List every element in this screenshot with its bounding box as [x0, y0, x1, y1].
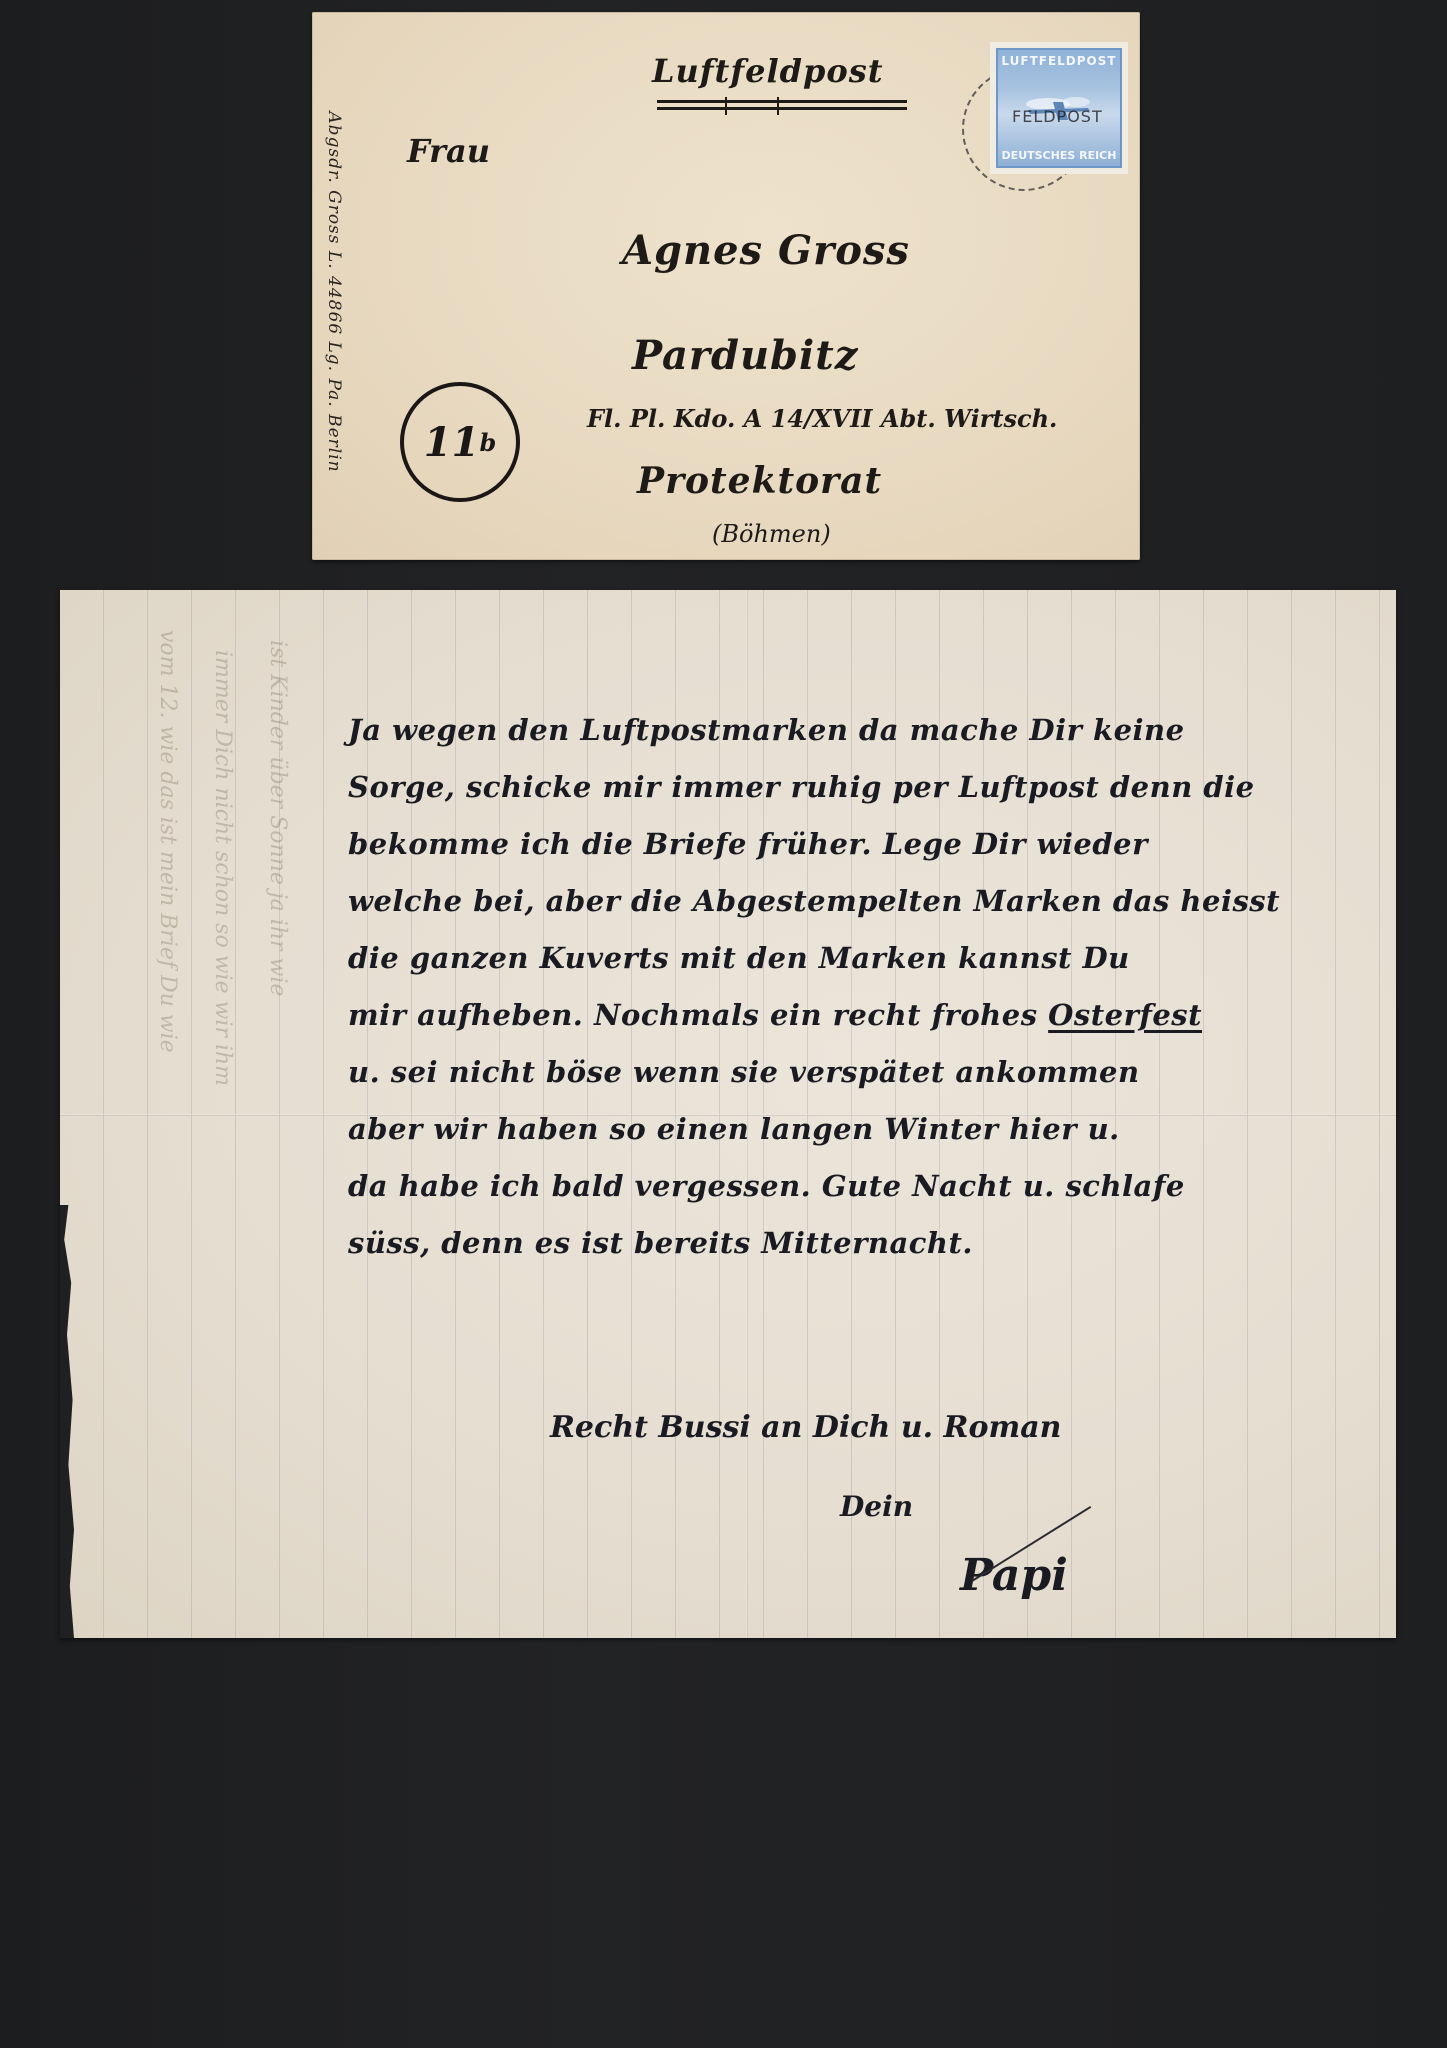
bleed-through-text: ist Kinder über Sonne ja ihr wie	[265, 640, 290, 996]
letter-line: bekomme ich die Briefe früher. Lege Dir …	[348, 816, 1388, 873]
letter-line: da habe ich bald vergessen. Gute Nacht u…	[348, 1158, 1388, 1215]
underlined-word: Osterfest	[1048, 998, 1202, 1032]
censor-mark-number: 11	[424, 419, 480, 466]
bleed-through-text: vom 12. wie das ist mein Brief Du wie	[155, 630, 180, 1053]
sender-address-vertical: Abgsdr. Gross L. 44866 Lg. Pa. Berlin	[314, 42, 354, 542]
letter-sheet: vom 12. wie das ist mein Brief Du wie im…	[60, 590, 1396, 1638]
letter-line: aber wir haben so einen langen Winter hi…	[348, 1101, 1388, 1158]
postmark-text: FELDPOST	[1012, 107, 1103, 126]
censor-mark-letter: b	[479, 428, 496, 457]
stamp-bottom-text: DEUTSCHES REICH	[998, 149, 1120, 162]
recipient-name: Agnes Gross	[622, 227, 910, 274]
bleed-through-text: immer Dich nicht schon so wie wir ihm	[210, 650, 235, 1086]
recipient-salutation: Frau	[407, 132, 490, 170]
letter-line: süss, denn es ist bereits Mitternacht.	[348, 1215, 1388, 1272]
recipient-city: Pardubitz	[632, 332, 858, 379]
closing-from: Dein	[840, 1490, 913, 1523]
letter-line-text: mir aufheben. Nochmals ein recht frohes	[348, 998, 1048, 1032]
signature: Papi	[960, 1550, 1068, 1601]
service-marking: Luftfeldpost	[652, 52, 883, 90]
recipient-country: (Böhmen)	[712, 520, 831, 548]
letter-line: Sorge, schicke mir immer ruhig per Luftp…	[348, 759, 1388, 816]
stamp-top-text: LUFTFELDPOST	[998, 54, 1120, 68]
letter-line: u. sei nicht böse wenn sie verspätet ank…	[348, 1044, 1388, 1101]
letter-line: mir aufheben. Nochmals ein recht frohes …	[348, 987, 1388, 1044]
closing-greeting: Recht Bussi an Dich u. Roman	[550, 1410, 1061, 1445]
envelope: Abgsdr. Gross L. 44866 Lg. Pa. Berlin Lu…	[312, 12, 1140, 560]
service-marking-underline	[657, 100, 907, 112]
letter-line: die ganzen Kuverts mit den Marken kannst…	[348, 930, 1388, 987]
letter-body: Ja wegen den Luftpostmarken da mache Dir…	[348, 702, 1388, 1272]
recipient-unit: Fl. Pl. Kdo. A 14/XVII Abt. Wirtsch.	[587, 404, 1057, 433]
letter-line: Ja wegen den Luftpostmarken da mache Dir…	[348, 702, 1388, 759]
censor-mark: 11b	[400, 382, 520, 502]
sender-address-text: Abgsdr. Gross L. 44866 Lg. Pa. Berlin	[324, 111, 344, 472]
recipient-region: Protektorat	[637, 460, 882, 502]
letter-line: welche bei, aber die Abgestempelten Mark…	[348, 873, 1388, 930]
document-page: Abgsdr. Gross L. 44866 Lg. Pa. Berlin Lu…	[0, 0, 1447, 2048]
